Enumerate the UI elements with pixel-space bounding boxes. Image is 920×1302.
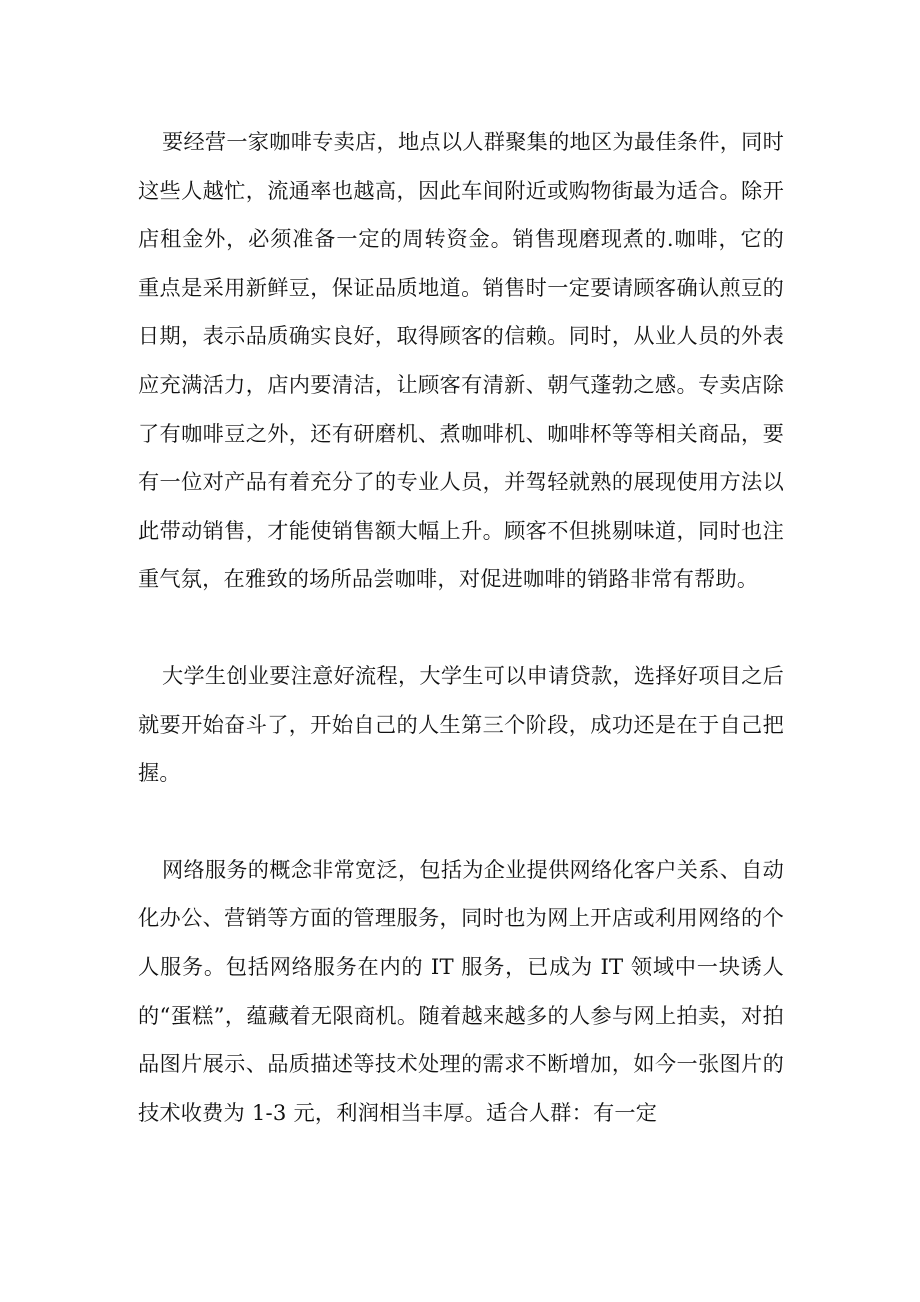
paragraph-student-startup: 大学生创业要注意好流程，大学生可以申请贷款，选择好项目之后就要开始奋斗了，开始自…	[138, 652, 784, 798]
paragraph-spacer	[138, 604, 784, 652]
paragraph-spacer	[138, 798, 784, 846]
paragraph-network-services: 网络服务的概念非常宽泛，包括为企业提供网络化客户关系、自动化办公、营销等方面的管…	[138, 846, 784, 1138]
paragraph-coffee-shop: 要经营一家咖啡专卖店，地点以人群聚集的地区为最佳条件，同时这些人越忙，流通率也越…	[138, 118, 784, 604]
document-page: 要经营一家咖啡专卖店，地点以人群聚集的地区为最佳条件，同时这些人越忙，流通率也越…	[138, 118, 784, 1137]
